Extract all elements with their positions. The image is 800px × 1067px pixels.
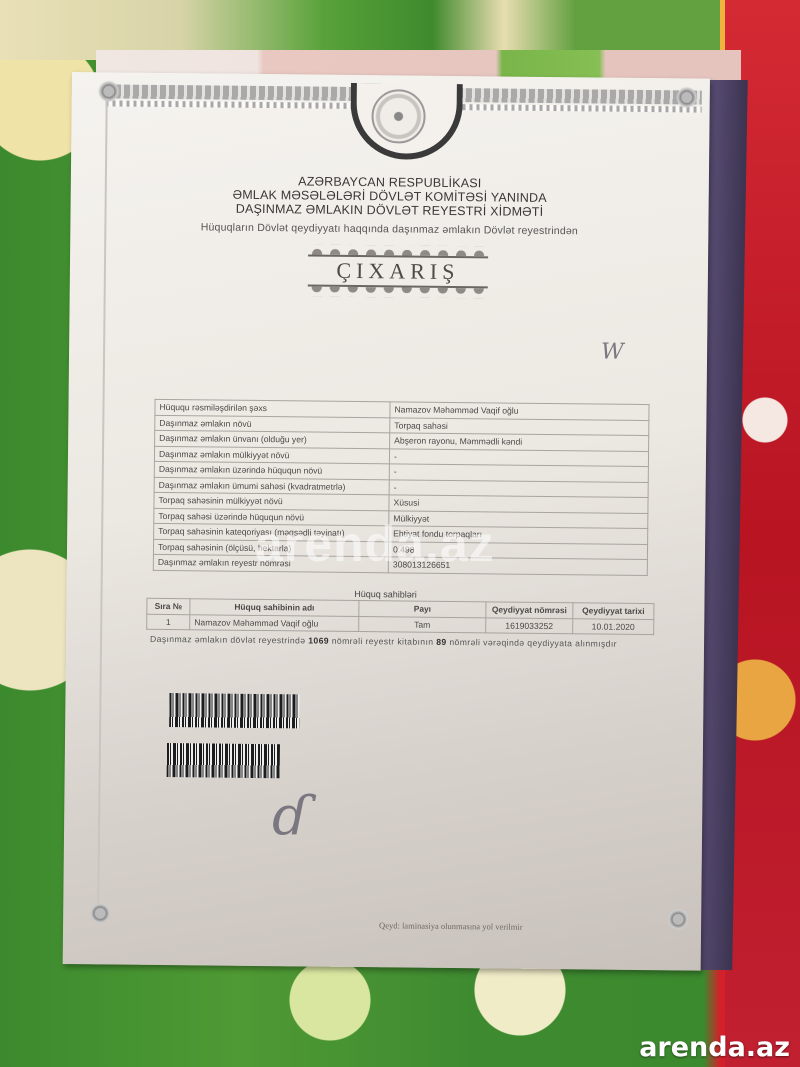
corner-ornament-icon: [667, 908, 689, 930]
state-emblem-icon: [371, 89, 426, 144]
note-suffix: nömrəli vərəqində qeydiyyata alınmışdır: [449, 637, 617, 649]
owners-cell: Namazov Məhəmməd Vaqif oğlu: [190, 614, 359, 631]
handwritten-signature: ɗ: [272, 784, 310, 847]
page-number: 89: [436, 637, 446, 647]
barcode-2: [167, 743, 280, 778]
barcode-1: [169, 693, 299, 728]
document-title: ÇIXARIŞ: [308, 244, 489, 298]
note-prefix: Daşınmaz əmlakın dövlət reyestrində: [150, 634, 305, 646]
owners-column-header: Qeydiyyat nömrəsi: [486, 602, 573, 618]
corner-ornament-icon: [98, 80, 120, 102]
header-subtitle: Hüquqların Dövlət qeydiyyatı haqqında da…: [70, 219, 708, 241]
note-middle: nömrəli reyestr kitabının: [332, 636, 434, 647]
owners-column-header: Hüquq sahibinin adı: [190, 599, 359, 616]
handwritten-initials: W: [601, 340, 624, 365]
owners-cell: 1: [147, 614, 190, 630]
brand-logo: arenda.az: [639, 1032, 790, 1063]
book-number: 1069: [308, 636, 329, 646]
owners-column-header: Sıra №: [147, 598, 190, 614]
watermark: arenda.az: [255, 515, 495, 573]
owners-cell: Tam: [359, 616, 486, 633]
registration-note: Daşınmaz əmlakın dövlət reyestrində 1069…: [150, 634, 650, 650]
corner-ornament-icon: [89, 902, 111, 924]
corner-ornament-icon: [676, 86, 698, 108]
owners-cell: 10.01.2020: [573, 618, 654, 634]
owners-cell: 1619033252: [486, 617, 573, 633]
title-ornament: [308, 286, 488, 298]
owners-column-header: Payı: [359, 601, 486, 618]
owners-column-header: Qeydiyyat tarixi: [573, 603, 654, 619]
footer-note: Qeyd: laminasiya olunmasına yol verilmir: [379, 920, 523, 932]
title-text: ÇIXARIŞ: [308, 257, 488, 285]
owners-table: Sıra №Hüquq sahibinin adıPayıQeydiyyat n…: [146, 598, 654, 635]
